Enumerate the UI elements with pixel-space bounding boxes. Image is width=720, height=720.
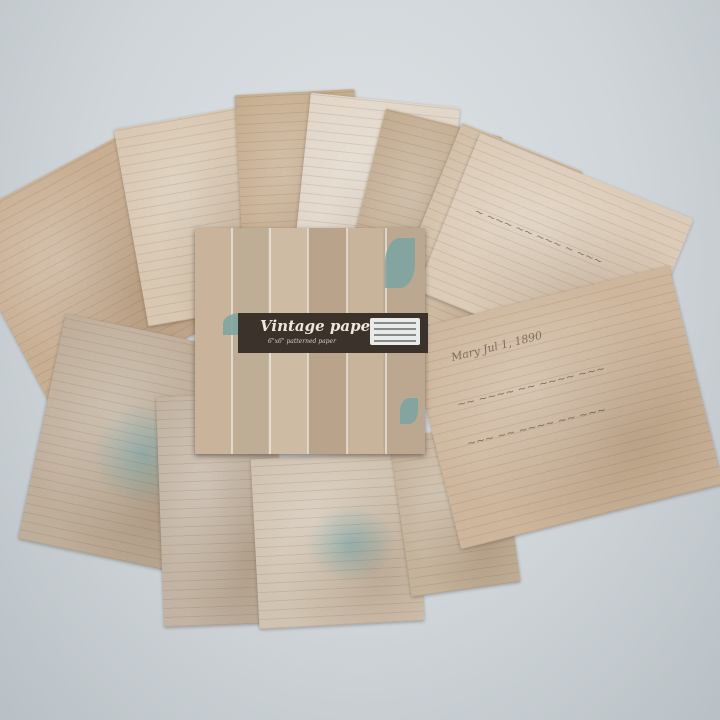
label-title: Vintage paper — [260, 317, 378, 335]
label-subtitle: 6"x6" patterned paper — [268, 338, 336, 345]
label-info-sticker — [370, 318, 420, 345]
leaf-decoration — [400, 398, 418, 424]
product-label: Vintage paper 6"x6" patterned paper — [238, 313, 428, 353]
leaf-decoration — [385, 238, 415, 288]
